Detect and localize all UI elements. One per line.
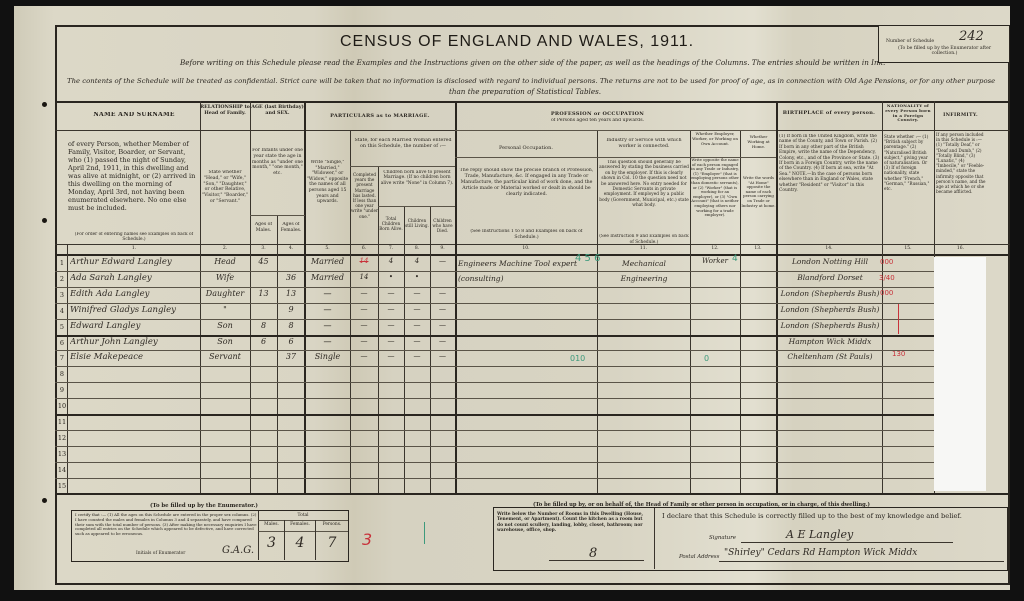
declaration-text: I declare that this Schedule is correctl… <box>662 512 962 520</box>
column-number: 8. <box>404 246 430 251</box>
cell-died: — <box>431 321 454 329</box>
subheader-rule <box>350 166 455 167</box>
header-infirmity-body: If any person included in this Schedule … <box>936 132 986 194</box>
header-profession: PROFESSION or OCCUPATION <box>455 111 740 117</box>
cell-name: Elsie Makepeace <box>70 352 198 362</box>
enumerator-red-mark: 3 <box>362 530 372 549</box>
punch-hole <box>42 102 47 107</box>
cell-relationship: Head <box>202 257 248 266</box>
instruction-line-3: than the preparation of Statistical Tabl… <box>449 87 601 96</box>
cell-died: — <box>431 337 454 345</box>
enumerator-box: I certify that :— (1) All the ages on th… <box>71 510 349 562</box>
employer-code: 4 <box>732 254 738 264</box>
header-marriage-years: Completed years the present Marriage has… <box>351 172 378 219</box>
infirmity-blank-patch <box>934 257 986 491</box>
row-rule <box>55 446 934 447</box>
header-age: AGE (last Birthday) and SEX. <box>250 104 305 116</box>
row-rule <box>55 287 934 288</box>
header-personal-note: (See Instructions 1 to 8 and Examples on… <box>459 229 594 241</box>
row-rule <box>55 382 934 383</box>
persons-label: Persons. <box>316 522 348 527</box>
cell-status: — <box>306 337 349 346</box>
cell-years: 14 <box>351 273 377 281</box>
head-section-box: Write below the Number of Rooms in this … <box>493 507 1008 571</box>
punch-hole <box>42 498 47 503</box>
rooms-instructions: Write below the Number of Rooms in this … <box>497 512 647 534</box>
header-nationality-body: State whether :— (1) "British subject by… <box>884 134 933 191</box>
cell-name: Arthur John Langley <box>70 337 198 347</box>
cell-age-f: 13 <box>278 289 304 298</box>
cell-total: — <box>379 337 403 345</box>
column-number: 1. <box>68 246 200 251</box>
header-profession-sub: of Persons aged ten years and upwards. <box>455 118 740 124</box>
subheader-rule <box>455 130 776 131</box>
cell-relationship: Son <box>202 337 248 346</box>
cell-died: — <box>431 289 454 297</box>
header-relationship-body: State whether "Head," or "Wife," "Son," … <box>201 170 249 205</box>
row-rule <box>55 430 934 431</box>
cell-status: — <box>306 289 349 298</box>
cell-living: 4 <box>405 257 429 265</box>
address-line <box>719 561 1004 562</box>
header-home: Whether Working at Home. <box>741 135 776 149</box>
column-number: 12. <box>690 246 740 251</box>
head-section-divider <box>654 508 655 569</box>
cell-living: — <box>405 321 429 329</box>
col-divider <box>882 101 883 494</box>
col-divider <box>455 101 457 494</box>
row-number: 4 <box>57 307 67 315</box>
occupation-code: 4 5 6 <box>575 253 600 264</box>
header-nationality: NATIONALITY of every Person born in a Fo… <box>882 104 934 123</box>
row-number: 8 <box>57 370 67 378</box>
cell-age-f: 8 <box>278 321 304 330</box>
header-birthplace-body: (1) If born in the United Kingdom, write… <box>779 134 880 193</box>
cell-name: Winifred Gladys Langley <box>70 305 198 315</box>
green-tick-mark <box>424 522 425 544</box>
column-number: 7. <box>378 246 404 251</box>
cell-living: — <box>405 337 429 345</box>
cell-living: — <box>405 305 429 313</box>
header-relationship: RELATIONSHIP to Head of Family. <box>200 104 250 116</box>
header-age-males: Ages of Males. <box>250 222 277 234</box>
cell-living: — <box>405 289 429 297</box>
cell-birthplace: Hampton Wick Middx <box>780 337 880 346</box>
cell-relationship: " <box>202 305 248 314</box>
cell-living: • <box>405 273 429 281</box>
red-bracket-mark <box>898 304 899 334</box>
row-rule <box>55 350 934 351</box>
header-children-total: Total Children Born Alive. <box>378 216 404 231</box>
column-number: 14. <box>776 246 882 251</box>
males-total: 3 <box>259 535 284 551</box>
cell-name: Ada Sarah Langley <box>70 273 198 283</box>
cell-years: — <box>351 337 377 345</box>
cell-years: — <box>351 321 377 329</box>
cell-age-f: 36 <box>278 273 304 282</box>
address-value: "Shirley" Cedars Rd Hampton Wick Middx <box>724 548 917 558</box>
col-divider <box>597 130 598 494</box>
col-divider <box>200 101 201 494</box>
cell-age-f: 6 <box>278 337 304 346</box>
birthplace-code: 000 <box>880 258 893 266</box>
birthplace-code: 000 <box>880 289 893 297</box>
cell-total: — <box>379 305 403 313</box>
total-rule <box>258 531 348 532</box>
column-number: 9. <box>430 246 455 251</box>
cell-years: — <box>351 305 377 313</box>
header-personal-occupation: Personal Occupation. <box>455 145 597 151</box>
column-number: 10. <box>455 246 597 251</box>
females-total: 4 <box>285 535 315 551</box>
header-marriage-status: Write "Single," "Married," "Widower," or… <box>306 160 349 205</box>
row-rule <box>55 303 934 304</box>
row-number: 9 <box>57 386 67 394</box>
cell-status: — <box>306 305 349 314</box>
header-children-died: Children who have Died. <box>430 218 455 233</box>
col-divider <box>690 130 691 494</box>
subheader-rule <box>250 215 305 216</box>
column-number: 15. <box>882 246 934 251</box>
row-number: 6 <box>57 339 67 347</box>
column-number: 6. <box>350 246 378 251</box>
row-rule <box>55 414 934 416</box>
column-number: 5. <box>305 246 350 251</box>
cell-industry: Mechanical Engineering <box>600 256 688 286</box>
cell-status: — <box>306 321 349 330</box>
instruction-line-2: The contents of the Schedule will be tre… <box>67 77 995 85</box>
rooms-value: 8 <box>589 546 597 561</box>
row-number: 3 <box>57 291 67 299</box>
schedule-number-value: 242 <box>959 29 984 44</box>
cell-died: — <box>431 305 454 313</box>
cell-age-m: 6 <box>251 337 276 346</box>
cell-age-m: 13 <box>251 289 276 298</box>
row-rule <box>55 398 934 399</box>
header-name: NAME AND SURNAME <box>68 112 200 118</box>
column-number: 2. <box>200 246 250 251</box>
header-marriage: PARTICULARS as to MARRIAGE. <box>305 113 455 119</box>
males-label: Males. <box>259 522 284 527</box>
header-home-body: Write the words "At Home" opposite the n… <box>741 176 776 208</box>
cell-years: — <box>351 352 377 360</box>
cell-name: Edith Ada Langley <box>70 289 198 299</box>
header-children-living: Children still Living. <box>404 218 430 228</box>
birthplace-code: 3/40 <box>879 274 895 282</box>
header-age-females: Ages of Females. <box>277 222 305 234</box>
header-age-body: For Infants under one year state the age… <box>251 148 304 177</box>
cell-relationship: Daughter <box>202 289 248 298</box>
schedule-number-label: Number of Schedule <box>886 39 934 44</box>
row-rule <box>55 319 934 320</box>
header-industry: Industry or Service with which worker is… <box>598 138 690 150</box>
total-rule <box>258 520 348 521</box>
row-number: 15 <box>57 482 67 490</box>
column-number: 11. <box>597 246 690 251</box>
cell-died: — <box>431 352 454 360</box>
header-children: Children born alive to present Marriage.… <box>380 170 454 186</box>
row-number: 1 <box>57 259 67 267</box>
cell-total: — <box>379 352 403 360</box>
cell-age-f: 37 <box>278 352 304 361</box>
column-number: 16. <box>934 246 987 251</box>
cell-total: • <box>379 273 403 281</box>
signature-line <box>741 542 953 543</box>
schedule-number-box: Number of Schedule 242 (To be filled up … <box>878 25 1010 63</box>
row-number: 10 <box>57 402 67 410</box>
header-name-note: (For order of entering names see Example… <box>68 232 200 242</box>
header-employer: Whether Employer, Worker, or Working on … <box>691 132 739 146</box>
cell-status: Married <box>306 257 349 266</box>
row-number: 2 <box>57 275 67 283</box>
column-number: 4. <box>277 246 305 251</box>
cell-status: Single <box>306 352 349 361</box>
cell-birthplace: Cheltenham (St Pauls) <box>780 352 880 361</box>
cell-birthplace: London (Shepherds Bush) <box>780 289 880 298</box>
cell-total: 4 <box>379 257 403 265</box>
cell-name: Arthur Edward Langley <box>70 257 198 267</box>
cell-birthplace: London (Shepherds Bush) <box>780 321 880 330</box>
header-name-body: of every Person, whether Member of Famil… <box>68 140 200 212</box>
column-number: 3. <box>250 246 277 251</box>
header-infirmity: INFIRMITY. <box>934 112 987 118</box>
cell-age-m: 8 <box>251 321 276 330</box>
header-rule <box>55 101 1010 103</box>
row-number: 12 <box>57 434 67 442</box>
address-label: Postal Address <box>679 554 719 560</box>
cell-relationship: Servant <box>202 352 248 361</box>
cell-name: Edward Langley <box>70 321 198 331</box>
cell-died: — <box>431 257 454 265</box>
col-divider <box>378 166 379 494</box>
row-number: 7 <box>57 354 67 362</box>
cell-relationship: Son <box>202 321 248 330</box>
enumerator-certify: I certify that :— (1) All the ages on th… <box>75 513 257 537</box>
instruction-line-1: Before writing on this Schedule please r… <box>180 58 885 67</box>
header-industry-body: This question should generally be answer… <box>599 160 689 209</box>
form-title: CENSUS OF ENGLAND AND WALES, 1911. <box>340 33 694 51</box>
header-employer-body: Write opposite the name of each person e… <box>691 158 739 218</box>
subheader-rule <box>455 157 776 158</box>
row-rule <box>55 462 934 463</box>
cell-total: — <box>379 289 403 297</box>
cell-age-f: 9 <box>278 305 304 314</box>
row-number: 11 <box>57 418 67 426</box>
cell-living: — <box>405 352 429 360</box>
occupation-tally: 010 <box>570 354 585 363</box>
cell-years: — <box>351 289 377 297</box>
header-personal-body: The reply should show the precise branch… <box>459 168 594 198</box>
subheader-rule <box>378 206 455 207</box>
table-bottom-rule <box>55 493 1010 495</box>
cell-status: Married <box>306 273 349 282</box>
cell-birthplace: London (Shepherds Bush) <box>780 305 880 314</box>
enumerator-heading: (To be filled up by the Enumerator.) <box>150 503 258 509</box>
row-number: 5 <box>57 323 67 331</box>
cell-birthplace: Blandford Dorset <box>780 273 880 282</box>
cell-total: — <box>379 321 403 329</box>
schedule-number-note: (To be filled up by the Enumerator after… <box>887 46 1002 56</box>
cell-birthplace: London Notting Hill <box>780 257 880 266</box>
birthplace-code: 130 <box>892 350 905 358</box>
col-divider <box>740 130 741 494</box>
row-number: 13 <box>57 450 67 458</box>
cell-years: 14 <box>351 257 377 265</box>
header-industry-note: (See Instruction 9 and Examples on back … <box>599 234 689 246</box>
enumerator-initials-label: Initials of Enumerator <box>136 551 185 556</box>
col-divider <box>67 244 68 494</box>
header-married-woman: State, for each Married Woman entered on… <box>352 138 454 150</box>
col-divider <box>776 101 778 494</box>
signature-label: Signature <box>709 535 736 541</box>
header-birthplace: BIRTHPLACE of every person. <box>776 110 882 116</box>
column-number: 13. <box>740 246 776 251</box>
row-rule <box>55 366 934 367</box>
cell-age-m: 45 <box>251 257 276 266</box>
enumerator-initials-value: G.A.G. <box>222 545 254 556</box>
colnum-top-rule <box>55 244 1010 245</box>
punch-hole <box>42 218 47 223</box>
row-rule <box>55 478 934 479</box>
employer-tally: 0 <box>704 354 709 363</box>
females-label: Females. <box>285 522 315 527</box>
cell-relationship: Wife <box>202 273 248 282</box>
persons-total: 7 <box>316 535 348 551</box>
signature-value: A E Langley <box>786 528 853 541</box>
total-label: Total <box>259 513 347 518</box>
row-number: 14 <box>57 466 67 474</box>
